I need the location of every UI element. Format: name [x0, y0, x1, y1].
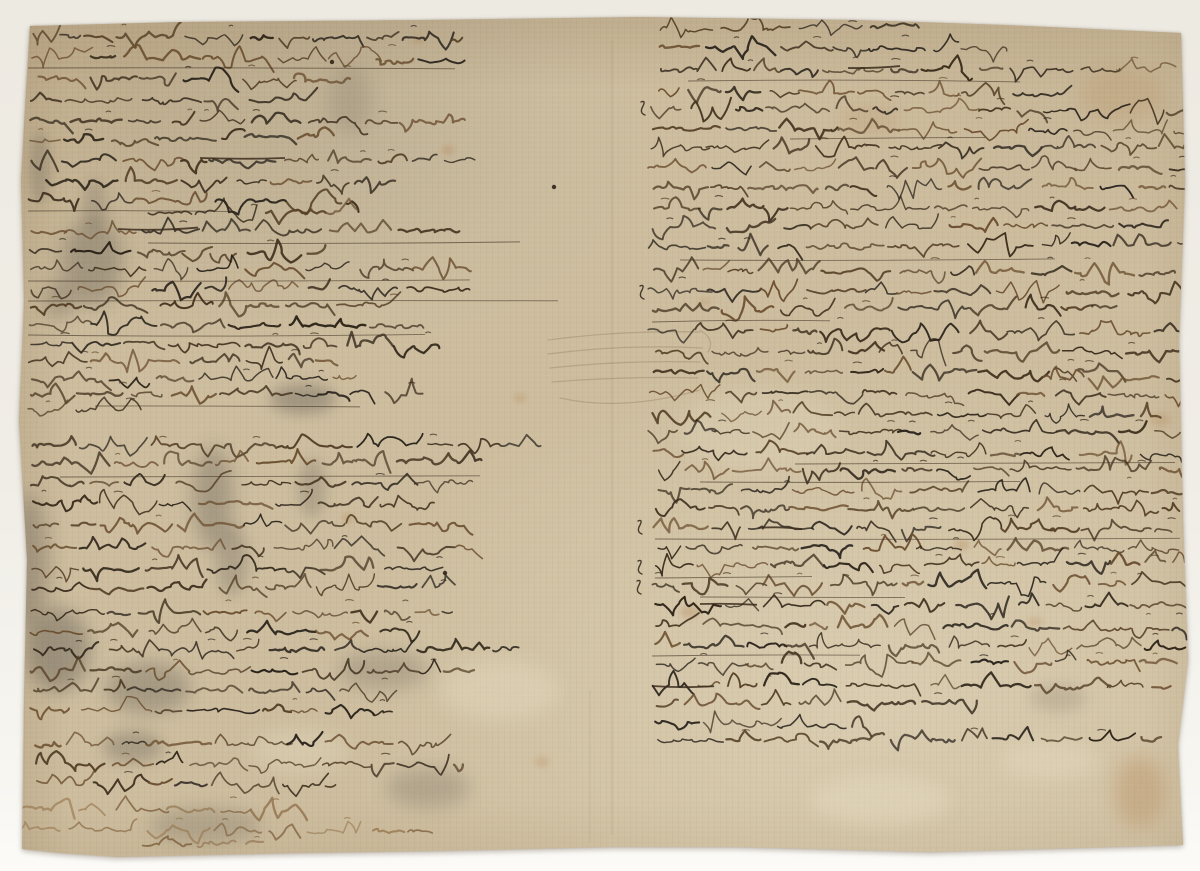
paper-surface [0, 0, 1200, 871]
paper-shadow-wrap [0, 0, 1200, 871]
manuscript-scan [0, 0, 1200, 871]
manuscript-page [0, 0, 1200, 871]
